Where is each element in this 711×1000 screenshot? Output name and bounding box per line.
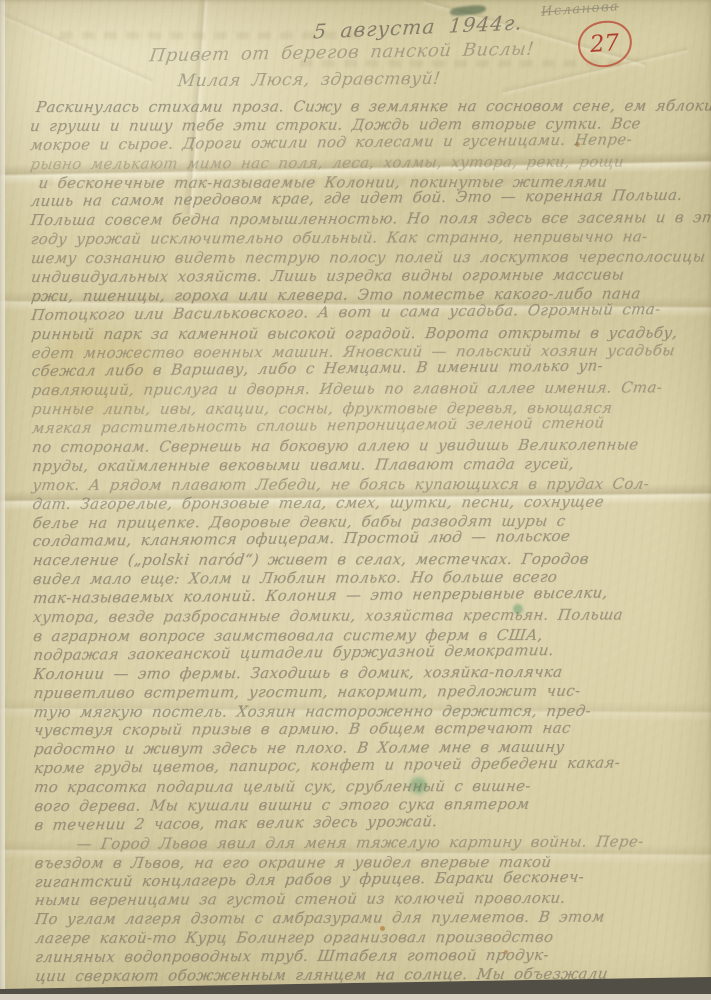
page-number-badge: 27 — [575, 18, 634, 70]
letter-paper: 5 августа 1944г. Привет от берегов панск… — [0, 0, 711, 1000]
handwritten-line: хутора, везде разбросанные домики, хозяй… — [32, 605, 709, 627]
handwritten-line: приветливо встретит, угостит, накормит, … — [32, 681, 709, 703]
handwritten-line: пруды, окаймленные вековыми ивами. Плава… — [31, 454, 708, 476]
handwritten-line: По углам лагеря дзоты с амбразурами для … — [34, 907, 711, 929]
handwritten-line: году урожай исключительно обильный. Как … — [30, 227, 707, 249]
handwritten-line: — Город Львов явил для меня тяжелую карт… — [75, 832, 710, 854]
letter-body: Раскинулась стихами проза. Сижу в землян… — [30, 94, 710, 986]
handwritten-line: рывно мелькают мимо нас поля, леса, холм… — [29, 152, 706, 174]
scanned-letter-page: 5 августа 1944г. Привет от берегов панск… — [0, 0, 711, 1000]
crossed-out-note: Исланова — [541, 0, 620, 20]
page-number: 27 — [589, 30, 620, 58]
paper-wrinkle — [0, 4, 154, 86]
scan-edge — [0, 0, 5, 1000]
handwritten-line: ции сверкают обожженным глянцем на солнц… — [34, 964, 711, 986]
handwritten-line: Колонии — это фермы. Заходишь в домик, х… — [32, 662, 709, 684]
greeting-line: Привет от берегов панской Вислы! — [148, 39, 535, 67]
handwritten-line: равляющий, прислуга и дворня. Идешь по г… — [31, 378, 708, 400]
handwritten-line: дат. Загорелые, бронзовые тела, смех, шу… — [31, 492, 708, 514]
salutation-line: Милая Люся, здравствуй! — [177, 69, 442, 91]
